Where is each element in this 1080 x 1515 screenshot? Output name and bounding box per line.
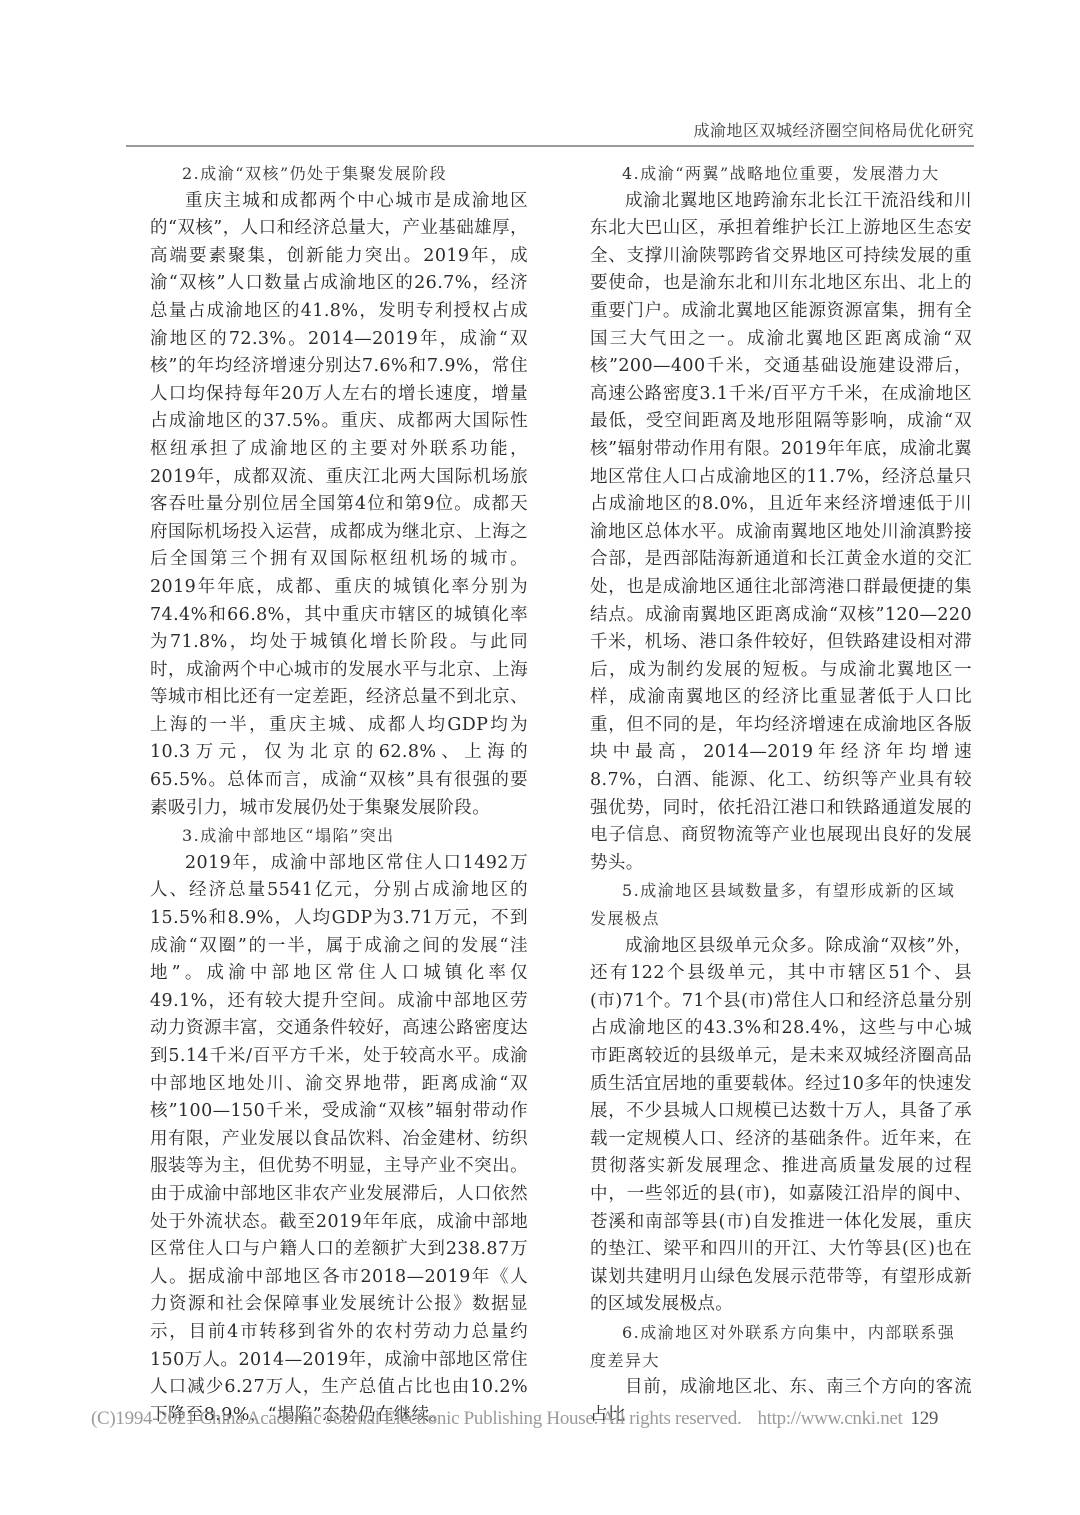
left-column: 2.成渝“双核”仍处于集聚发展阶段 重庆主城和成都两个中心城市是成渝地区的“双核… <box>150 160 528 1429</box>
body-paragraph: 重庆主城和成都两个中心城市是成渝地区的“双核”，人口和经济总量大，产业基础雄厚，… <box>150 188 528 823</box>
section-heading: 3.成渝中部地区“塌陷”突出 <box>150 822 528 850</box>
header-rule <box>126 145 974 147</box>
section-heading: 4.成渝“两翼”战略地位重要，发展潜力大 <box>590 160 972 188</box>
body-paragraph: 成渝北翼地区地跨渝东北长江干流沿线和川东北大巴山区，承担着维护长江上游地区生态安… <box>590 188 972 878</box>
page-footer: (C)1994-2021 China Academic Journal Elec… <box>91 1408 938 1430</box>
section-heading: 2.成渝“双核”仍处于集聚发展阶段 <box>150 160 528 188</box>
running-title: 成渝地区双城经济圈空间格局优化研究 <box>693 118 974 141</box>
cnki-link[interactable]: http://www.cnki.net <box>757 1408 902 1429</box>
copyright-notice: (C)1994-2021 China Academic Journal Elec… <box>91 1408 741 1429</box>
body-paragraph: 2019年，成渝中部地区常住人口1492万人、经济总量5541亿元，分别占成渝地… <box>150 850 528 1429</box>
section-heading: 6.成渝地区对外联系方向集中，内部联系强度差异大 <box>590 1319 972 1374</box>
page-number: 129 <box>911 1408 939 1429</box>
right-column: 4.成渝“两翼”战略地位重要，发展潜力大 成渝北翼地区地跨渝东北长江干流沿线和川… <box>590 160 972 1429</box>
body-paragraph: 成渝地区县级单元众多。除成渝“双核”外，还有122个县级单元，其中市辖区51个、… <box>590 933 972 1319</box>
section-heading: 5.成渝地区县域数量多，有望形成新的区域发展极点 <box>590 877 972 932</box>
